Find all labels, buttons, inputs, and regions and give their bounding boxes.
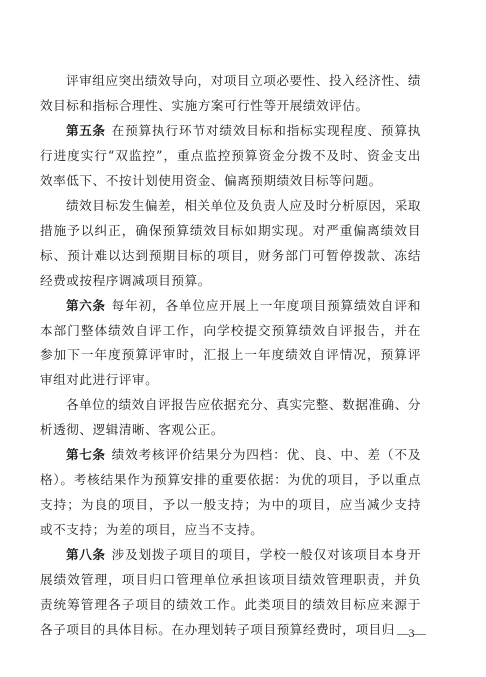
article-heading: 第八条 <box>66 547 106 562</box>
document-body: 评审组应突出绩效导向，对项目立项必要性、投入经济性、绩效目标和指标合理性、实施方… <box>40 69 421 643</box>
article-heading: 第五条 <box>66 123 106 138</box>
paragraph-self-eval-report: 各单位的绩效自评报告应依据充分、真实完整、数据准确、分析透彻、逻辑清晰、客观公正… <box>40 393 421 443</box>
paragraph-text: 评审组应突出绩效导向，对项目立项必要性、投入经济性、绩效目标和指标合理性、实施方… <box>40 73 421 113</box>
paragraph-article-5: 第五条在预算执行环节对绩效目标和指标实现程度、预算执行进度实行“双监控”，重点监… <box>40 119 421 194</box>
paragraph-article-8: 第八条涉及划拨子项目的项目，学校一般仅对该项目本身开展绩效管理，项目归口管理单位… <box>40 543 421 643</box>
article-heading: 第七条 <box>66 447 106 462</box>
paragraph-deviation: 绩效目标发生偏差，相关单位及负责人应及时分析原因，采取措施予以纠正，确保预算绩效… <box>40 194 421 294</box>
paragraph-review-group: 评审组应突出绩效导向，对项目立项必要性、投入经济性、绩效目标和指标合理性、实施方… <box>40 69 421 119</box>
paragraph-text: 各单位的绩效自评报告应依据充分、真实完整、数据准确、分析透彻、逻辑清晰、客观公正… <box>40 397 421 437</box>
paragraph-article-6: 第六条每年初，各单位应开展上一年度项目预算绩效自评和本部门整体绩效自评工作，向学… <box>40 294 421 394</box>
article-heading: 第六条 <box>66 298 106 313</box>
paragraph-article-7: 第七条绩效考核评价结果分为四档：优、良、中、差（不及格）。考核结果作为预算安排的… <box>40 443 421 543</box>
page-number: —3— <box>397 626 426 641</box>
paragraph-text: 绩效目标发生偏差，相关单位及负责人应及时分析原因，采取措施予以纠正，确保预算绩效… <box>40 198 421 288</box>
